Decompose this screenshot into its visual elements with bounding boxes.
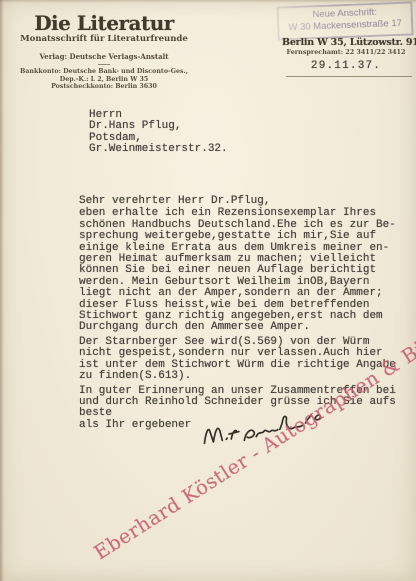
scan-edge-left (0, 0, 4, 581)
new-address-stamp: Neue Anschrift: W 30 Mackensenstraße 17 (276, 1, 413, 40)
scanned-letter-page: Die Literatur Monatsschrift für Literatu… (0, 0, 416, 581)
publisher-line: Verlag: Deutsche Verlags-Anstalt (14, 52, 194, 61)
paragraph-1: eben erhalte ich ein Rezensionsexemplar … (79, 208, 413, 333)
letterhead-left-block: Die Literatur Monatsschrift für Literatu… (14, 12, 194, 91)
letterhead-right-block: Berlin W 35, Lützowstr. 91 a Fernsprecha… (282, 37, 410, 72)
recipient-address: Herrn Dr.Hans Pflug, Potsdam, Gr.Weinmei… (89, 110, 228, 156)
letter-date: 29.11.37. (282, 61, 410, 72)
date-underline (286, 76, 412, 77)
scan-edge-top (0, 0, 416, 3)
office-address-line: Berlin W 35, Lützowstr. 91 a (282, 37, 410, 48)
salutation: Sehr verehrter Herr Dr.Pflug, (79, 196, 413, 207)
phone-line: Fernsprechamt: 22 3411/22 3412 (282, 48, 410, 57)
magazine-title: Die Literatur (14, 12, 194, 34)
magazine-subtitle: Monatsschrift für Literaturfreunde (14, 34, 194, 45)
bank-account-lines: Bankkonto: Deutsche Bank- und Disconto-G… (14, 68, 194, 91)
letterhead-ornament (98, 64, 110, 65)
